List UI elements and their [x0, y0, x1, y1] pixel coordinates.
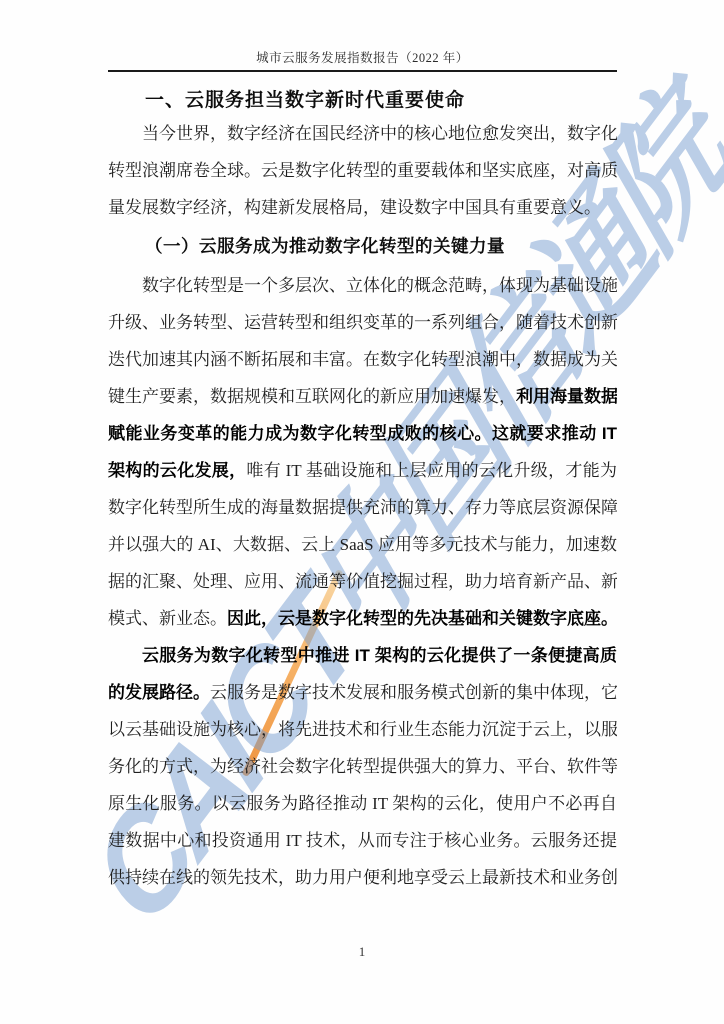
text-run: 量发展数字经济，构建新发展格局，建设数字中国具有重要意义。: [108, 198, 601, 217]
section-heading: （一）云服务成为推动数字化转型的关键力量: [145, 226, 617, 267]
text-run: 据的汇聚、处理、应用、流通等价值挖掘过程，助力培育新产品、新: [108, 572, 617, 591]
text-run: 键生产要素，数据规模和互联网化的新应用加速爆发，: [108, 387, 516, 406]
document-page: CAICT中国信通院 城市云服务发展指数报告（2022 年） 一、云服务担当数字…: [0, 0, 724, 1024]
text-run: 唯有 IT 基础设施和上层应用的云化升级，才能为: [246, 461, 617, 480]
text-run: 转型浪潮席卷全球。云是数字化转型的重要载体和坚实底座，对高质: [108, 161, 617, 180]
text-run: 云服务是数字技术发展和服务模式创新的集中体现，它: [210, 683, 617, 702]
text-line: 并以强大的 AI、大数据、云上 SaaS 应用等多元技术与能力，加速数: [108, 526, 617, 563]
text-run: 务化的方式，为经济社会数字化转型提供强大的算力、平台、软件等: [108, 757, 617, 776]
bold-text-run: 云服务为数字化转型中推进 IT 架构的云化提供了一条便捷高质: [142, 646, 617, 665]
text-run: 迭代加速其内涵不断拓展和丰富。在数字化转型浪潮中，数据成为关: [108, 350, 617, 369]
text-line: 原生化服务。以云服务为路径推动 IT 架构的云化，使用户不必再自: [108, 785, 617, 822]
text-run: 供持续在线的领先技术，助力用户便利地享受云上最新技术和业务创: [108, 868, 617, 887]
text-run: 数字化转型是一个多层次、立体化的概念范畴，体现为基础设施: [142, 276, 617, 295]
page-number: 1: [0, 944, 724, 960]
text-line: 升级、业务转型、运营转型和组织变革的一系列组合，随着技术创新: [108, 304, 617, 341]
text-line: 云服务为数字化转型中推进 IT 架构的云化提供了一条便捷高质: [108, 637, 617, 674]
text-run: 模式、新业态。: [108, 609, 227, 628]
bold-text-run: 架构的云化发展，: [108, 461, 246, 480]
document-body: 一、云服务担当数字新时代重要使命当今世界，数字经济在国民经济中的核心地位愈发突出…: [108, 86, 617, 896]
paragraph: 数字化转型是一个多层次、立体化的概念范畴，体现为基础设施升级、业务转型、运营转型…: [108, 267, 617, 637]
text-line: 迭代加速其内涵不断拓展和丰富。在数字化转型浪潮中，数据成为关: [108, 341, 617, 378]
text-run: 以云基础设施为核心，将先进技术和行业生态能力沉淀于云上，以服: [108, 720, 617, 739]
text-line: 供持续在线的领先技术，助力用户便利地享受云上最新技术和业务创: [108, 859, 617, 896]
text-line: 模式、新业态。因此，云是数字化转型的先决基础和关键数字底座。: [108, 600, 617, 637]
text-run: 当今世界，数字经济在国民经济中的核心地位愈发突出，数字化: [142, 124, 617, 143]
text-run: 建数据中心和投资通用 IT 技术，从而专注于核心业务。云服务还提: [108, 831, 617, 850]
chapter-heading: 一、云服务担当数字新时代重要使命: [145, 86, 617, 115]
text-line: 架构的云化发展，唯有 IT 基础设施和上层应用的云化升级，才能为: [108, 452, 617, 489]
header-rule: [108, 70, 617, 72]
text-line: 建数据中心和投资通用 IT 技术，从而专注于核心业务。云服务还提: [108, 822, 617, 859]
text-line: 赋能业务变革的能力成为数字化转型成败的核心。这就要求推动 IT: [108, 415, 617, 452]
paragraph: 云服务为数字化转型中推进 IT 架构的云化提供了一条便捷高质的发展路径。云服务是…: [108, 637, 617, 896]
text-line: 以云基础设施为核心，将先进技术和行业生态能力沉淀于云上，以服: [108, 711, 617, 748]
text-line: 数字化转型是一个多层次、立体化的概念范畴，体现为基础设施: [108, 267, 617, 304]
text-line: 的发展路径。云服务是数字技术发展和服务模式创新的集中体现，它: [108, 674, 617, 711]
text-run: 并以强大的 AI、大数据、云上 SaaS 应用等多元技术与能力，加速数: [108, 535, 617, 554]
text-line: 转型浪潮席卷全球。云是数字化转型的重要载体和坚实底座，对高质: [108, 152, 617, 189]
text-run: 升级、业务转型、运营转型和组织变革的一系列组合，随着技术创新: [108, 313, 617, 332]
page-content: 城市云服务发展指数报告（2022 年） 一、云服务担当数字新时代重要使命当今世界…: [0, 0, 724, 1024]
text-line: 键生产要素，数据规模和互联网化的新应用加速爆发，利用海量数据: [108, 378, 617, 415]
text-line: 量发展数字经济，构建新发展格局，建设数字中国具有重要意义。: [108, 189, 617, 226]
running-header: 城市云服务发展指数报告（2022 年）: [108, 48, 617, 66]
text-line: 务化的方式，为经济社会数字化转型提供强大的算力、平台、软件等: [108, 748, 617, 785]
text-line: 据的汇聚、处理、应用、流通等价值挖掘过程，助力培育新产品、新: [108, 563, 617, 600]
text-run: 原生化服务。以云服务为路径推动 IT 架构的云化，使用户不必再自: [108, 794, 617, 813]
bold-text-run: 利用海量数据: [516, 387, 617, 406]
text-run: 数字化转型所生成的海量数据提供充沛的算力、存力等底层资源保障，: [108, 498, 617, 517]
bold-text-run: 赋能业务变革的能力成为数字化转型成败的核心。这就要求推动 IT: [108, 424, 617, 443]
paragraph: 当今世界，数字经济在国民经济中的核心地位愈发突出，数字化转型浪潮席卷全球。云是数…: [108, 115, 617, 226]
text-line: 当今世界，数字经济在国民经济中的核心地位愈发突出，数字化: [108, 115, 617, 152]
text-line: 数字化转型所生成的海量数据提供充沛的算力、存力等底层资源保障，: [108, 489, 617, 526]
bold-text-run: 因此，云是数字化转型的先决基础和关键数字底座。: [227, 609, 617, 628]
bold-text-run: 的发展路径。: [108, 683, 210, 702]
